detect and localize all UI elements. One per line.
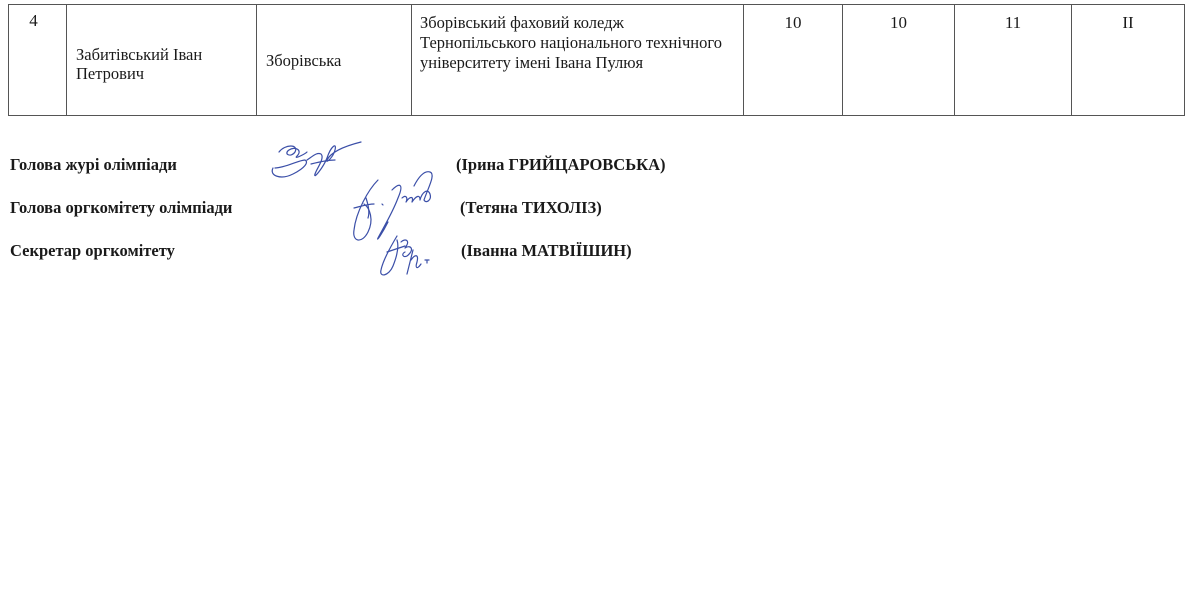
signature-name: (Іванна МАТВІЇШИН) bbox=[461, 241, 632, 261]
score-3: 11 bbox=[955, 5, 1072, 116]
signature-row-orgcommittee-head: Голова оргкомітету олімпіади (Тетяна ТИХ… bbox=[10, 198, 910, 224]
signature-name: (Ірина ГРИЙЦАРОВСЬКА) bbox=[456, 155, 666, 175]
place: II bbox=[1072, 5, 1185, 116]
signature-role: Секретар оргкомітету bbox=[10, 241, 175, 261]
table-row: 4 Забитівський Іван Петрович Зборівська … bbox=[9, 5, 1185, 116]
score-1: 10 bbox=[744, 5, 843, 116]
results-table: 4 Забитівський Іван Петрович Зборівська … bbox=[8, 4, 1185, 116]
community-name: Зборівська bbox=[257, 5, 412, 116]
participant-name: Забитівський Іван Петрович bbox=[67, 5, 257, 116]
institution-name: Зборівський фаховий коледж Тернопільсько… bbox=[412, 5, 744, 116]
signature-row-jury-head: Голова журі олімпіади (Ірина ГРИЙЦАРОВСЬ… bbox=[10, 155, 910, 181]
signature-row-secretary: Секретар оргкомітету (Іванна МАТВІЇШИН) bbox=[10, 241, 910, 267]
handwritten-signature-icon bbox=[375, 230, 445, 287]
row-index: 4 bbox=[9, 5, 67, 116]
signature-name: (Тетяна ТИХОЛІЗ) bbox=[460, 198, 602, 218]
signature-role: Голова оргкомітету олімпіади bbox=[10, 198, 232, 218]
signature-role: Голова журі олімпіади bbox=[10, 155, 177, 175]
score-2: 10 bbox=[843, 5, 955, 116]
